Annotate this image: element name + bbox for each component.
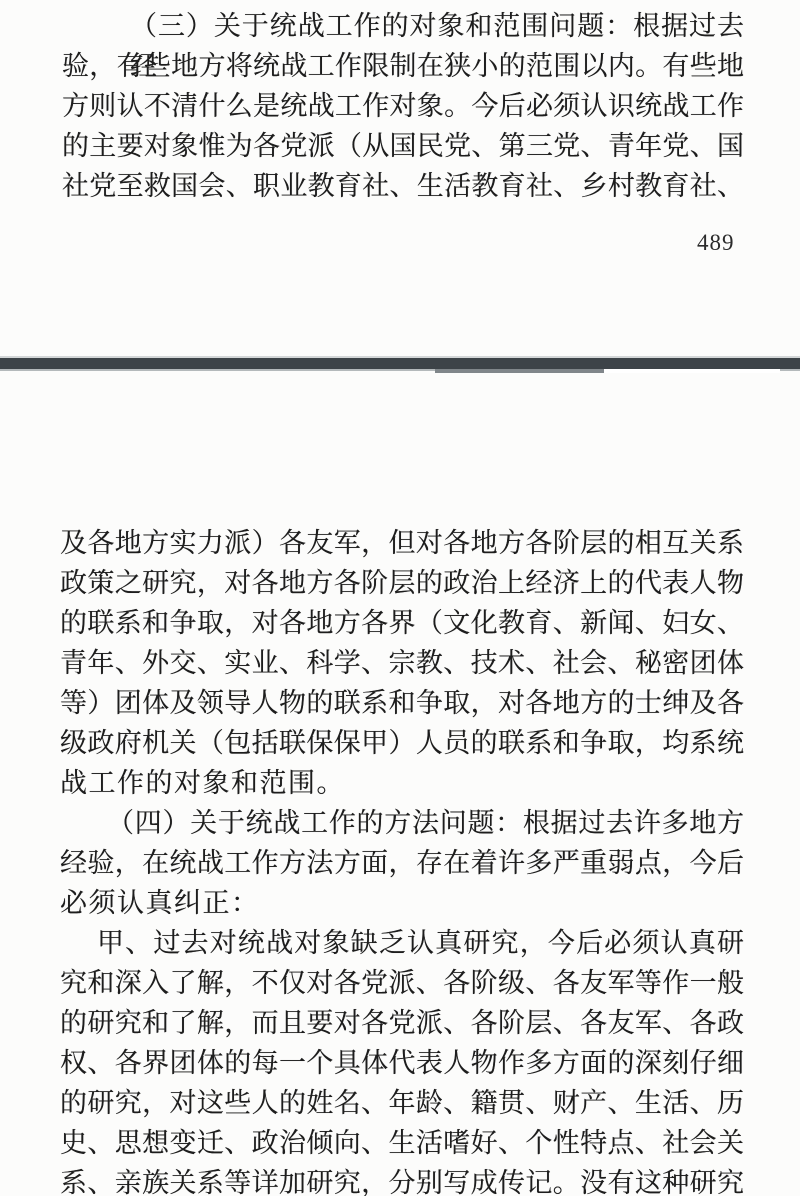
text-line: 系、亲族关系等详加研究，分别写成传记。没有这种研究 — [60, 1163, 744, 1196]
text-line: 究和深入了解，不仅对各党派、各阶级、各友军等作一般 — [60, 963, 744, 1003]
text-line: 等）团体及领导人物的联系和争取，对各地方的士绅及各 — [60, 683, 744, 723]
text-line: 经验，在统战工作方法方面，存在着许多严重弱点，今后 — [60, 843, 744, 883]
page-top-text-block: （三）关于统战工作的对象和范围问题：根据过去经验，有些地方将统战工作限制在狭小的… — [62, 6, 744, 206]
text-line: 社党至救国会、职业教育社、生活教育社、乡村教育社、 — [62, 166, 744, 206]
text-line: 的主要对象惟为各党派（从国民党、第三党、青年党、国 — [62, 126, 744, 166]
text-line: 必须认真纠正： — [60, 883, 744, 923]
page-number: 489 — [697, 230, 743, 256]
scan-artifact-white — [604, 369, 780, 373]
text-line: 战工作的对象和范围。 — [60, 763, 744, 803]
text-line: 青年、外交、实业、科学、宗教、技术、社会、秘密团体 — [60, 643, 744, 683]
text-line: 权、各界团体的每一个具体代表人物作多方面的深刻仔细 — [60, 1043, 744, 1083]
text-line: 史、思想变迁、政治倾向、生活嗜好、个性特点、社会关 — [60, 1123, 744, 1163]
text-line: 级政府机关（包括联保保甲）人员的联系和争取，均系统 — [60, 723, 744, 763]
text-line: 的联系和争取，对各地方各界（文化教育、新闻、妇女、 — [60, 603, 744, 643]
text-line: （三）关于统战工作的对象和范围问题：根据过去经 — [62, 6, 744, 46]
scanned-book-page: （三）关于统战工作的对象和范围问题：根据过去经验，有些地方将统战工作限制在狭小的… — [0, 0, 800, 1196]
text-line: 的研究和了解，而且要对各党派、各阶层、各友军、各政 — [60, 1003, 744, 1043]
text-line: 甲、过去对统战对象缺乏认真研究，今后必须认真研 — [60, 923, 744, 963]
text-line: （四）关于统战工作的方法问题：根据过去许多地方 — [60, 803, 744, 843]
page-bottom-text-block: 及各地方实力派）各友军，但对各地方各阶层的相互关系政策之研究，对各地方各阶层的政… — [60, 523, 744, 1196]
text-line: 及各地方实力派）各友军，但对各地方各阶层的相互关系 — [60, 523, 744, 563]
text-line: 验，有些地方将统战工作限制在狭小的范围以内。有些地 — [62, 46, 744, 86]
text-line: 政策之研究，对各地方各阶层的政治上经济上的代表人物 — [60, 563, 744, 603]
text-line: 方则认不清什么是统战工作对象。今后必须认识统战工作 — [62, 86, 744, 126]
scan-artifact-dark — [435, 369, 605, 373]
text-line: 的研究，对这些人的姓名、年龄、籍贯、财产、生活、历 — [60, 1083, 744, 1123]
